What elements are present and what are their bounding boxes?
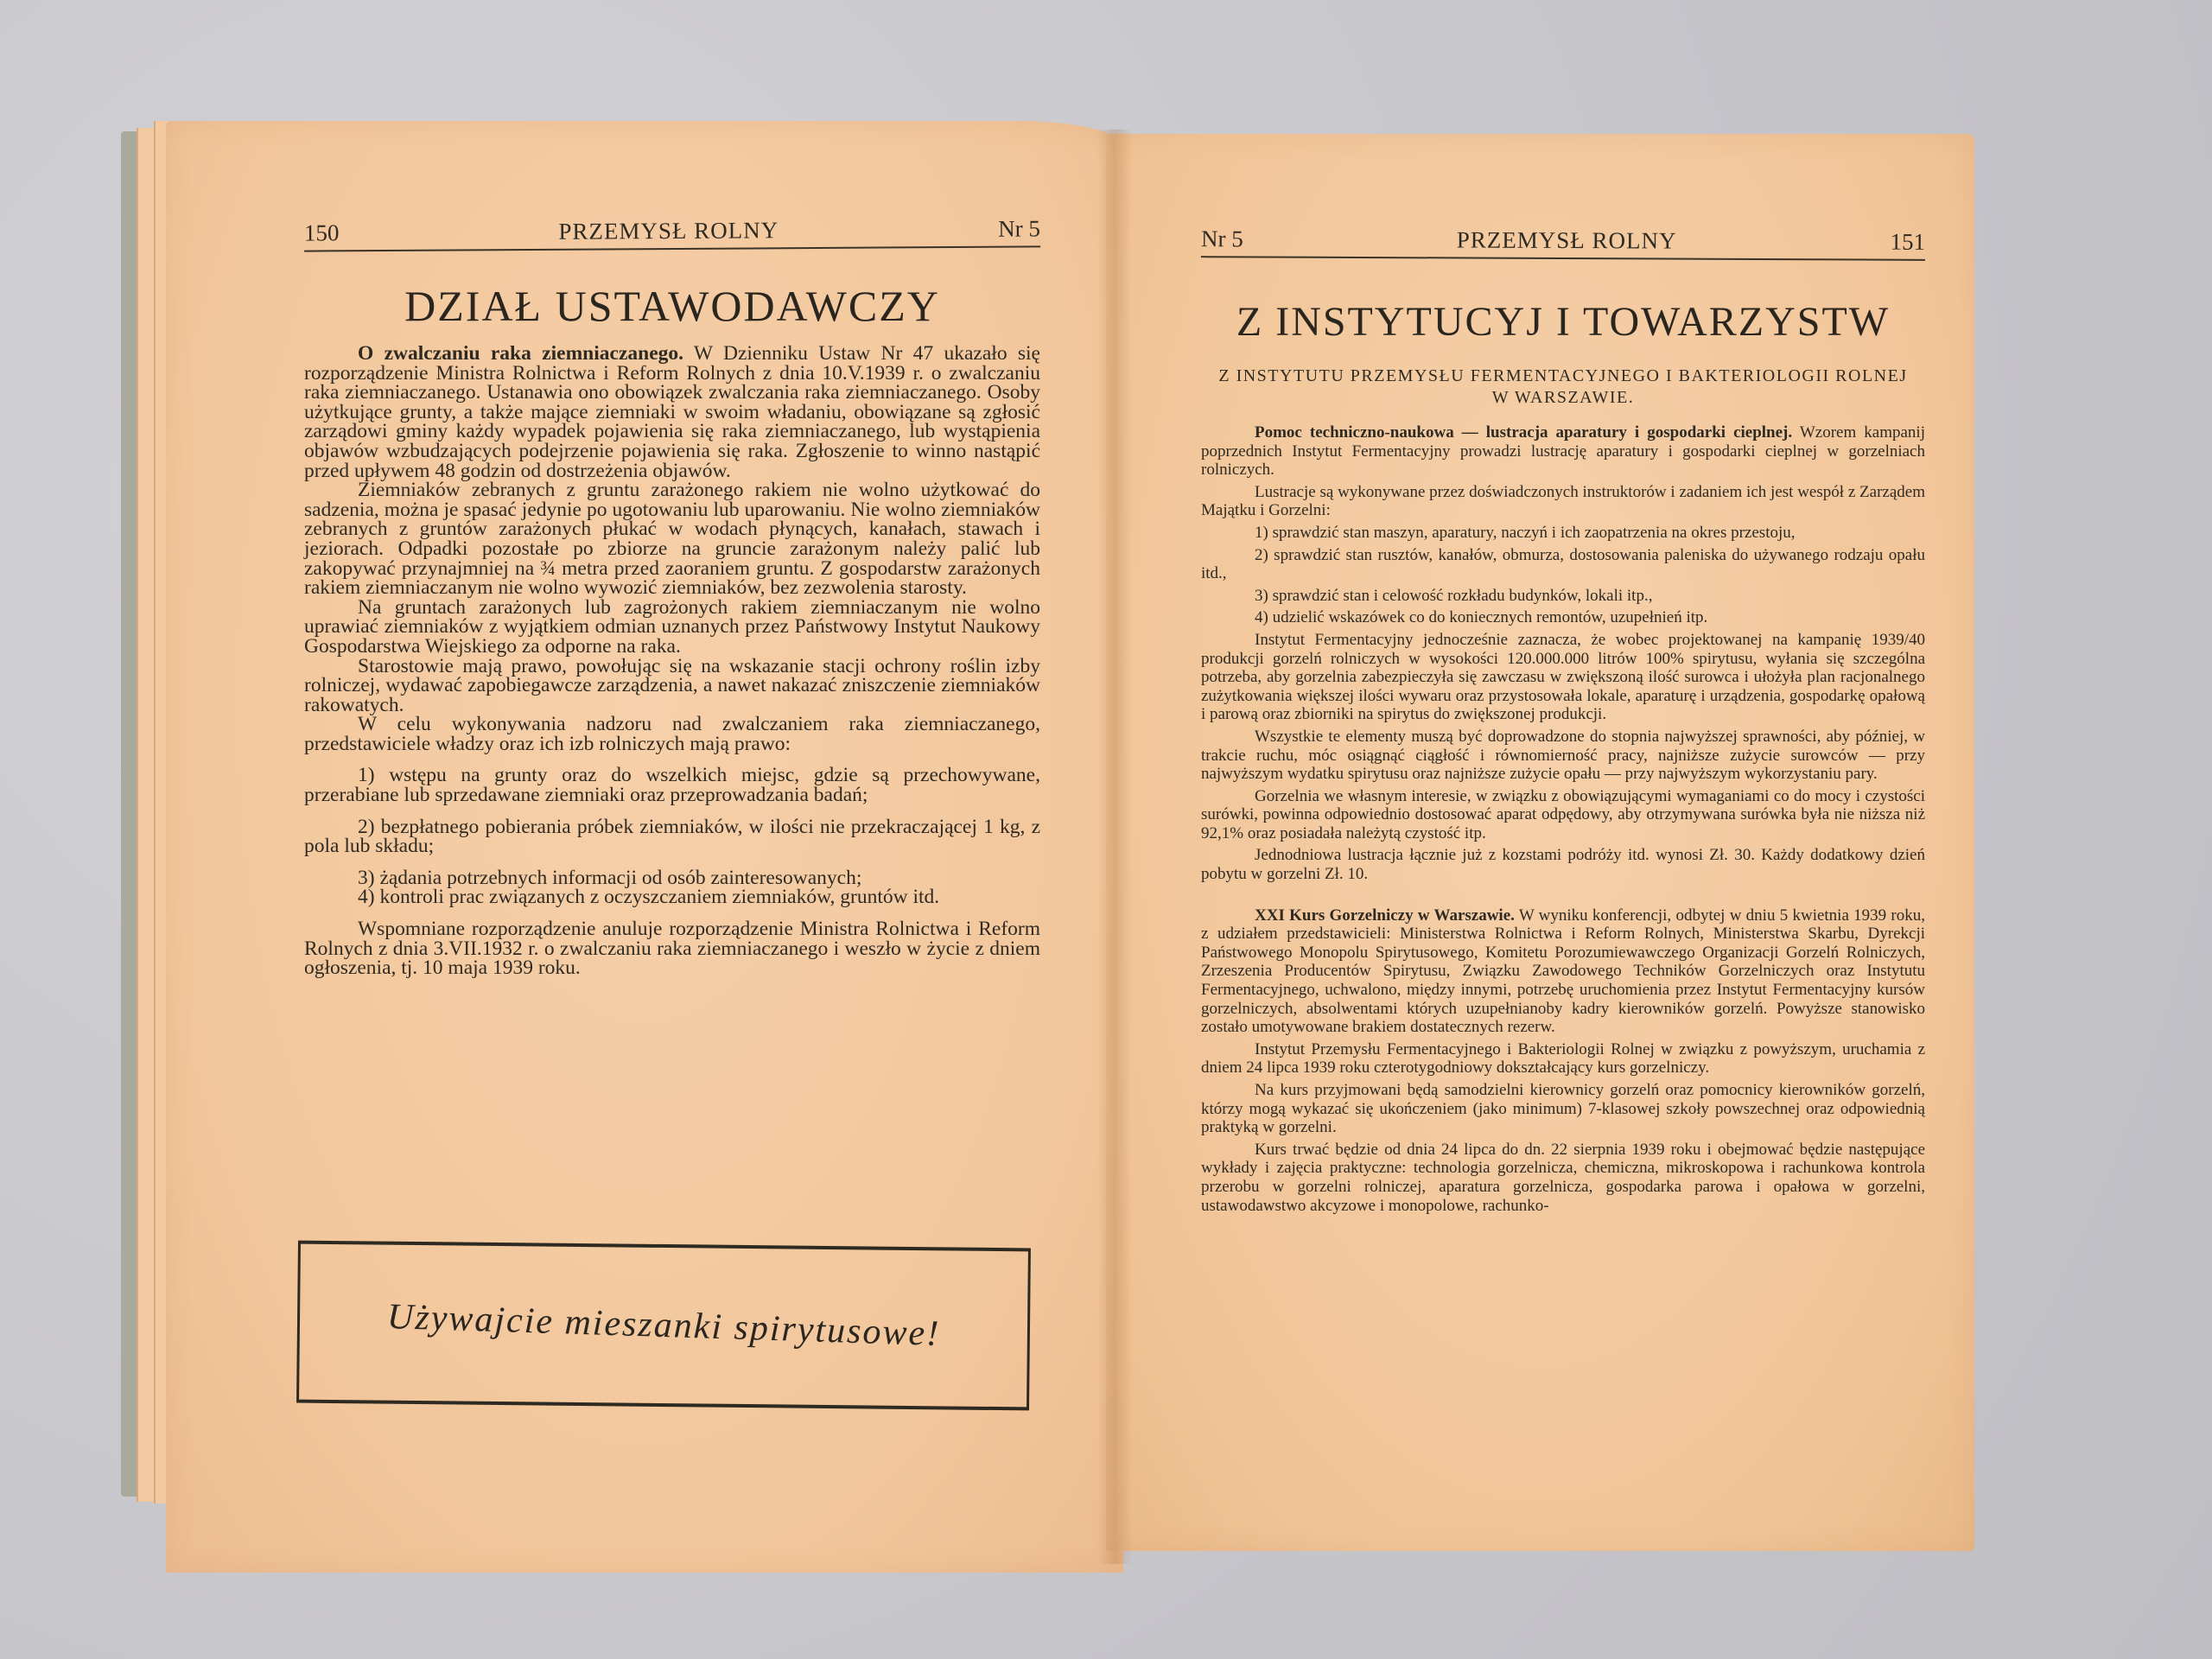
paragraph: Starostowie mają prawo, powołując się na… (304, 657, 1040, 715)
running-head: 150 PRZEMYSŁ ROLNY Nr 5 (304, 215, 1040, 251)
paragraph: Na gruntach zarażonych lub zagrożonych r… (304, 598, 1040, 657)
article-body: Pomoc techniczno-naukowa — lustracja apa… (1201, 423, 1925, 1218)
list-item: 4) udzielić wskazówek co do koniecznych … (1201, 608, 1925, 627)
paragraph: Na kurs przyjmowani będą samodzielni kie… (1201, 1081, 1925, 1137)
advertisement-slogan: Używajcie mieszanki spirytusowe! (386, 1296, 940, 1355)
paragraph: Pomoc techniczno-naukowa — lustracja apa… (1201, 423, 1925, 480)
journal-title: PRZEMYSŁ ROLNY (1457, 226, 1677, 254)
section-title: Z INSTYTUCYJ I TOWARZYSTW (1201, 298, 1925, 346)
list-item: 4) kontroli prac związanych z oczyszczan… (304, 887, 1040, 907)
book-gutter (1097, 130, 1132, 1564)
left-page: 150 PRZEMYSŁ ROLNY Nr 5 DZIAŁ USTAWODAWC… (166, 121, 1123, 1573)
list-item: 2) bezpłatnego pobierania próbek ziemnia… (304, 817, 1040, 856)
section-subtitle: Z INSTYTUTU PRZEMYSŁU FERMENTACYJNEGO I … (1201, 365, 1925, 409)
article-heading: Pomoc techniczno-naukowa — lustracja apa… (1255, 423, 1792, 442)
paragraph: Wspomniane rozporządzenie anuluje rozpor… (304, 919, 1040, 978)
issue-number: Nr 5 (1201, 226, 1243, 252)
list-item: 3) sprawdzić stan i celowość rozkładu bu… (1201, 587, 1925, 606)
paragraph: XXI Kurs Gorzelniczy w Warszawie. W wyni… (1201, 906, 1925, 1037)
paragraph: Gorzelnia we własnym interesie, w związk… (1201, 787, 1925, 843)
issue-number: Nr 5 (998, 215, 1040, 242)
article-heading: XXI Kurs Gorzelniczy w Warszawie. (1255, 906, 1515, 925)
paragraph: Wszystkie te elementy muszą być doprowad… (1201, 728, 1925, 784)
section-title: DZIAŁ USTAWODAWCZY (304, 281, 1040, 331)
journal-title: PRZEMYSŁ ROLNY (558, 217, 779, 245)
paragraph: Instytut Przemysłu Fermentacyjnego i Bak… (1201, 1040, 1925, 1077)
page-number: 150 (304, 219, 340, 246)
paragraph: Kurs trwać będzie od dnia 24 lipca do dn… (1201, 1141, 1925, 1215)
paragraph: Ziemniaków zebranych z gruntu zarażonego… (304, 480, 1040, 598)
page-number: 151 (1890, 229, 1925, 256)
list-item: 1) wstępu na grunty oraz do wszelkich mi… (304, 766, 1040, 804)
list-item: 2) sprawdzić stan rusztów, kanałów, obmu… (1201, 546, 1925, 583)
article-body: O zwalczaniu raka ziemniaczanego. W Dzie… (304, 344, 1040, 978)
running-head: Nr 5 PRZEMYSŁ ROLNY 151 (1201, 226, 1925, 261)
paragraph: Lustracje są wykonywane przez doświadczo… (1201, 483, 1925, 520)
paragraph: O zwalczaniu raka ziemniaczanego. W Dzie… (304, 344, 1040, 480)
advertisement-box: Używajcie mieszanki spirytusowe! (296, 1241, 1031, 1411)
paragraph: Instytut Fermentacyjny jednocześnie zazn… (1201, 631, 1925, 724)
paragraph: Jednodniowa lustracja łącznie już z kozs… (1201, 846, 1925, 883)
paragraph: W celu wykonywania nadzoru nad zwalczani… (304, 715, 1040, 753)
list-item: 3) żądania potrzebnych informacji od osó… (304, 868, 1040, 888)
list-item: 1) sprawdzić stan maszyn, aparatury, nac… (1201, 524, 1925, 543)
right-page: Nr 5 PRZEMYSŁ ROLNY 151 Z INSTYTUCYJ I T… (1106, 134, 1974, 1551)
